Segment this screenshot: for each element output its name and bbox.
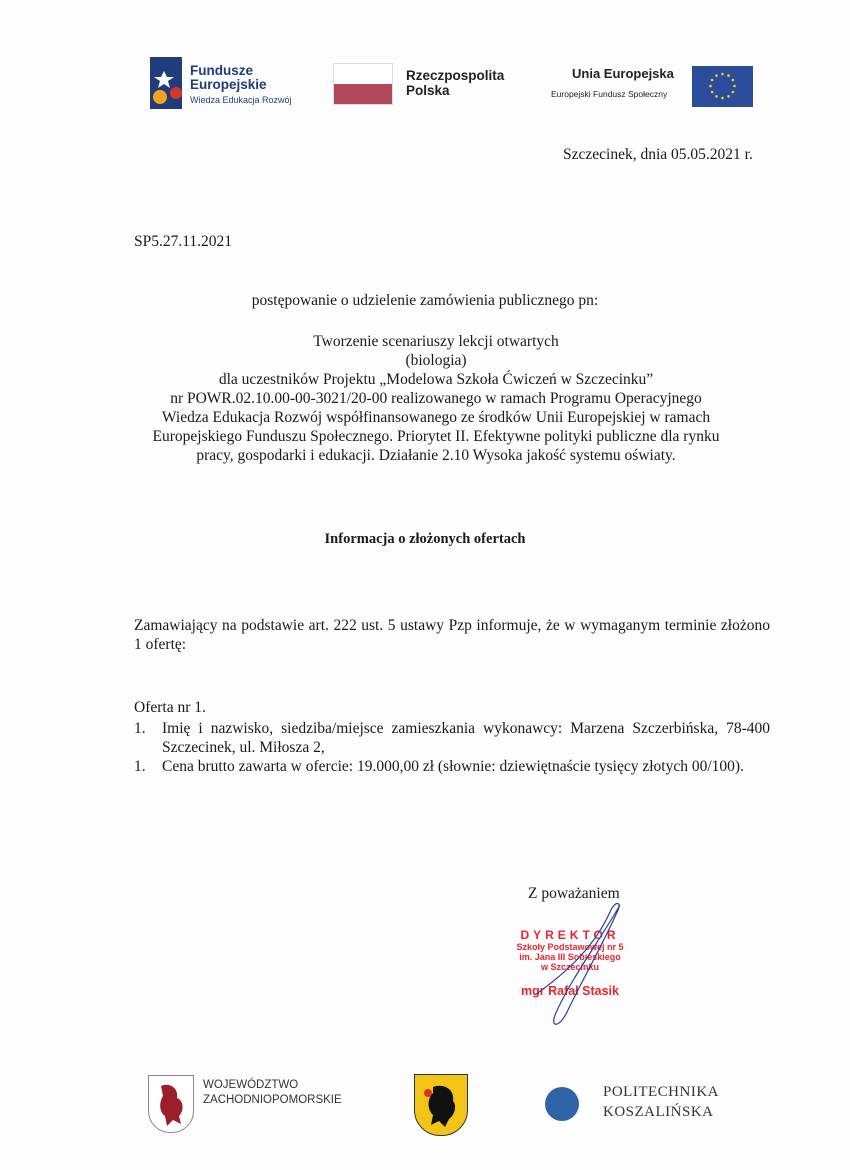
offer-title: Oferta nr 1. [134,698,206,717]
polish-flag-icon [333,63,393,105]
section-heading: Informacja o złożonych ofertach [0,530,850,549]
procedure-intro: postępowanie o udzielenie zamówienia pub… [0,291,850,310]
list-item: 1. Cena brutto zawarta w ofercie: 19.000… [134,757,770,776]
signature-icon [530,900,640,1030]
list-item: 1. Imię i nazwisko, siedziba/miejsce zam… [134,719,770,757]
rzeczpospolita-title: Rzeczpospolita Polska [406,68,504,98]
wojewodztwo-label: WOJEWÓDZTWO ZACHODNIOPOMORSKIE [203,1078,342,1108]
unia-europejska-subtitle: Europejski Fundusz Społeczny [551,89,667,99]
politechnika-logo-icon [545,1087,579,1121]
szczecinek-crest-icon [414,1074,468,1136]
griffin-crest-icon [148,1075,194,1133]
fundusze-europejskie-logo-icon [150,57,182,109]
procurement-subject: Tworzenie scenariuszy lekcji otwartych (… [134,332,738,465]
offers-paragraph: Zamawiający na podstawie art. 222 ust. 5… [134,616,770,654]
fundusze-subtitle: Wiedza Edukacja Rozwój [190,95,292,105]
eu-flag-icon [692,66,753,107]
offer-details-list: 1. Imię i nazwisko, siedziba/miejsce zam… [134,719,770,776]
unia-europejska-title: Unia Europejska [572,66,674,81]
politechnika-label: POLITECHNIKA KOSZALIŃSKA [603,1082,719,1122]
fundusze-title: Fundusze Europejskie [190,64,267,92]
reference-number: SP5.27.11.2021 [134,232,232,251]
date-line: Szczecinek, dnia 05.05.2021 r. [563,145,753,164]
